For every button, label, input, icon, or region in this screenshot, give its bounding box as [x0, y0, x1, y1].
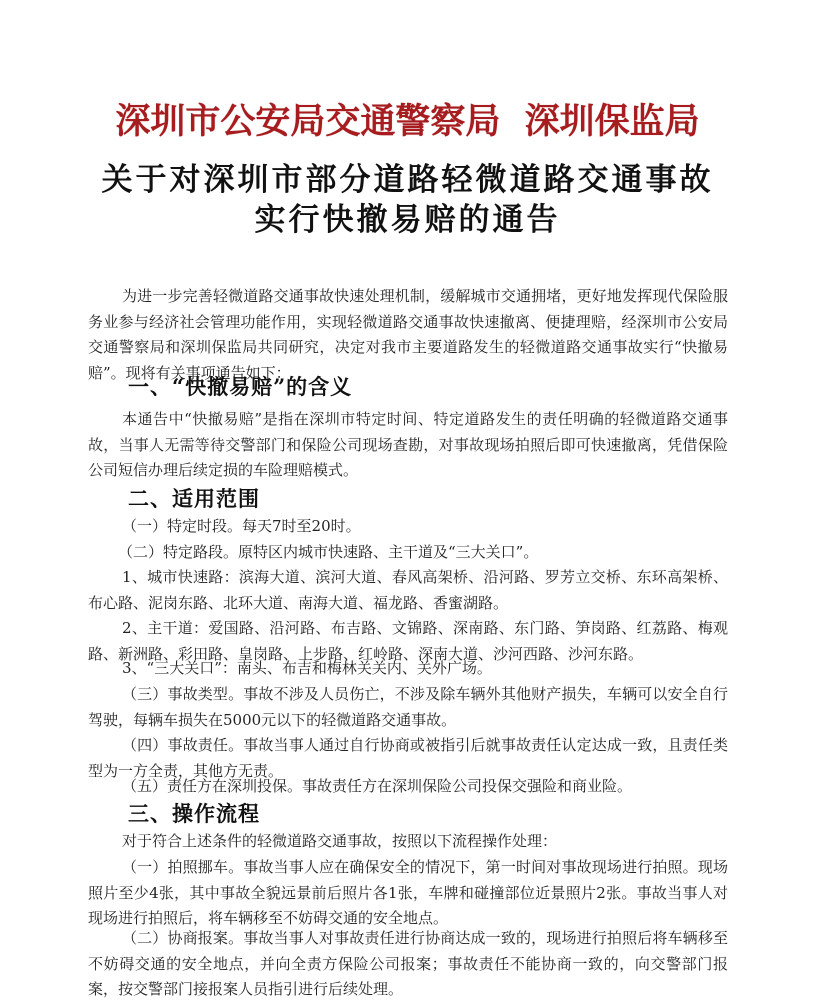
- procedure-photo-move: （一）拍照挪车。事故当事人应在确保安全的情况下，第一时间对事故现场进行拍照。现场…: [88, 855, 728, 932]
- intro-paragraph: 为进一步完善轻微道路交通事故快速处理机制，缓解城市交通拥堵，更好地发挥现代保险服…: [88, 284, 728, 386]
- procedure-negotiate-report: （二）协商报案。事故当事人对事故责任进行协商达成一致的，现场进行拍照后将车辆移至…: [88, 926, 728, 1002]
- section-1-heading: 一、“快撤易赔”的含义: [128, 373, 352, 401]
- scope-road-sections: （二）特定路段。原特区内城市快速路、主干道及“三大关口”。: [118, 540, 758, 566]
- document-title-line-1: 关于对深圳市部分道路轻微道路交通事故: [0, 160, 815, 200]
- section-3-heading: 三、操作流程: [128, 800, 260, 828]
- section-1-paragraph: 本通告中“快撤易赔”是指在深圳市特定时间、特定道路发生的责任明确的轻微道路交通事…: [88, 407, 728, 484]
- section-2-heading: 二、适用范围: [128, 485, 260, 513]
- notice-document: 深圳市公安局交通警察局 深圳保监局 关于对深圳市部分道路轻微道路交通事故 实行快…: [0, 0, 815, 1002]
- issuing-organizations: 深圳市公安局交通警察局 深圳保监局: [0, 100, 815, 144]
- expressway-list: 1、城市快速路：滨海大道、滨河大道、春风高架桥、沿河路、罗芳立交桥、东环高架桥、…: [88, 565, 728, 616]
- accident-type: （三）事故类型。事故不涉及人员伤亡，不涉及除车辆外其他财产损失，车辆可以安全自行…: [88, 682, 728, 733]
- scope-time-period: （一）特定时段。每天7时至20时。: [122, 514, 762, 540]
- three-checkpoints: 3、“三大关口”：南头、布吉和梅林关关内、关外广场。: [88, 656, 728, 682]
- document-title-line-2: 实行快撤易赔的通告: [0, 200, 815, 240]
- procedure-intro: 对于符合上述条件的轻微道路交通事故，按照以下流程操作处理：: [88, 829, 728, 855]
- insured-in-shenzhen: （五）责任方在深圳投保。事故责任方在深圳保险公司投保交强险和商业险。: [88, 774, 728, 800]
